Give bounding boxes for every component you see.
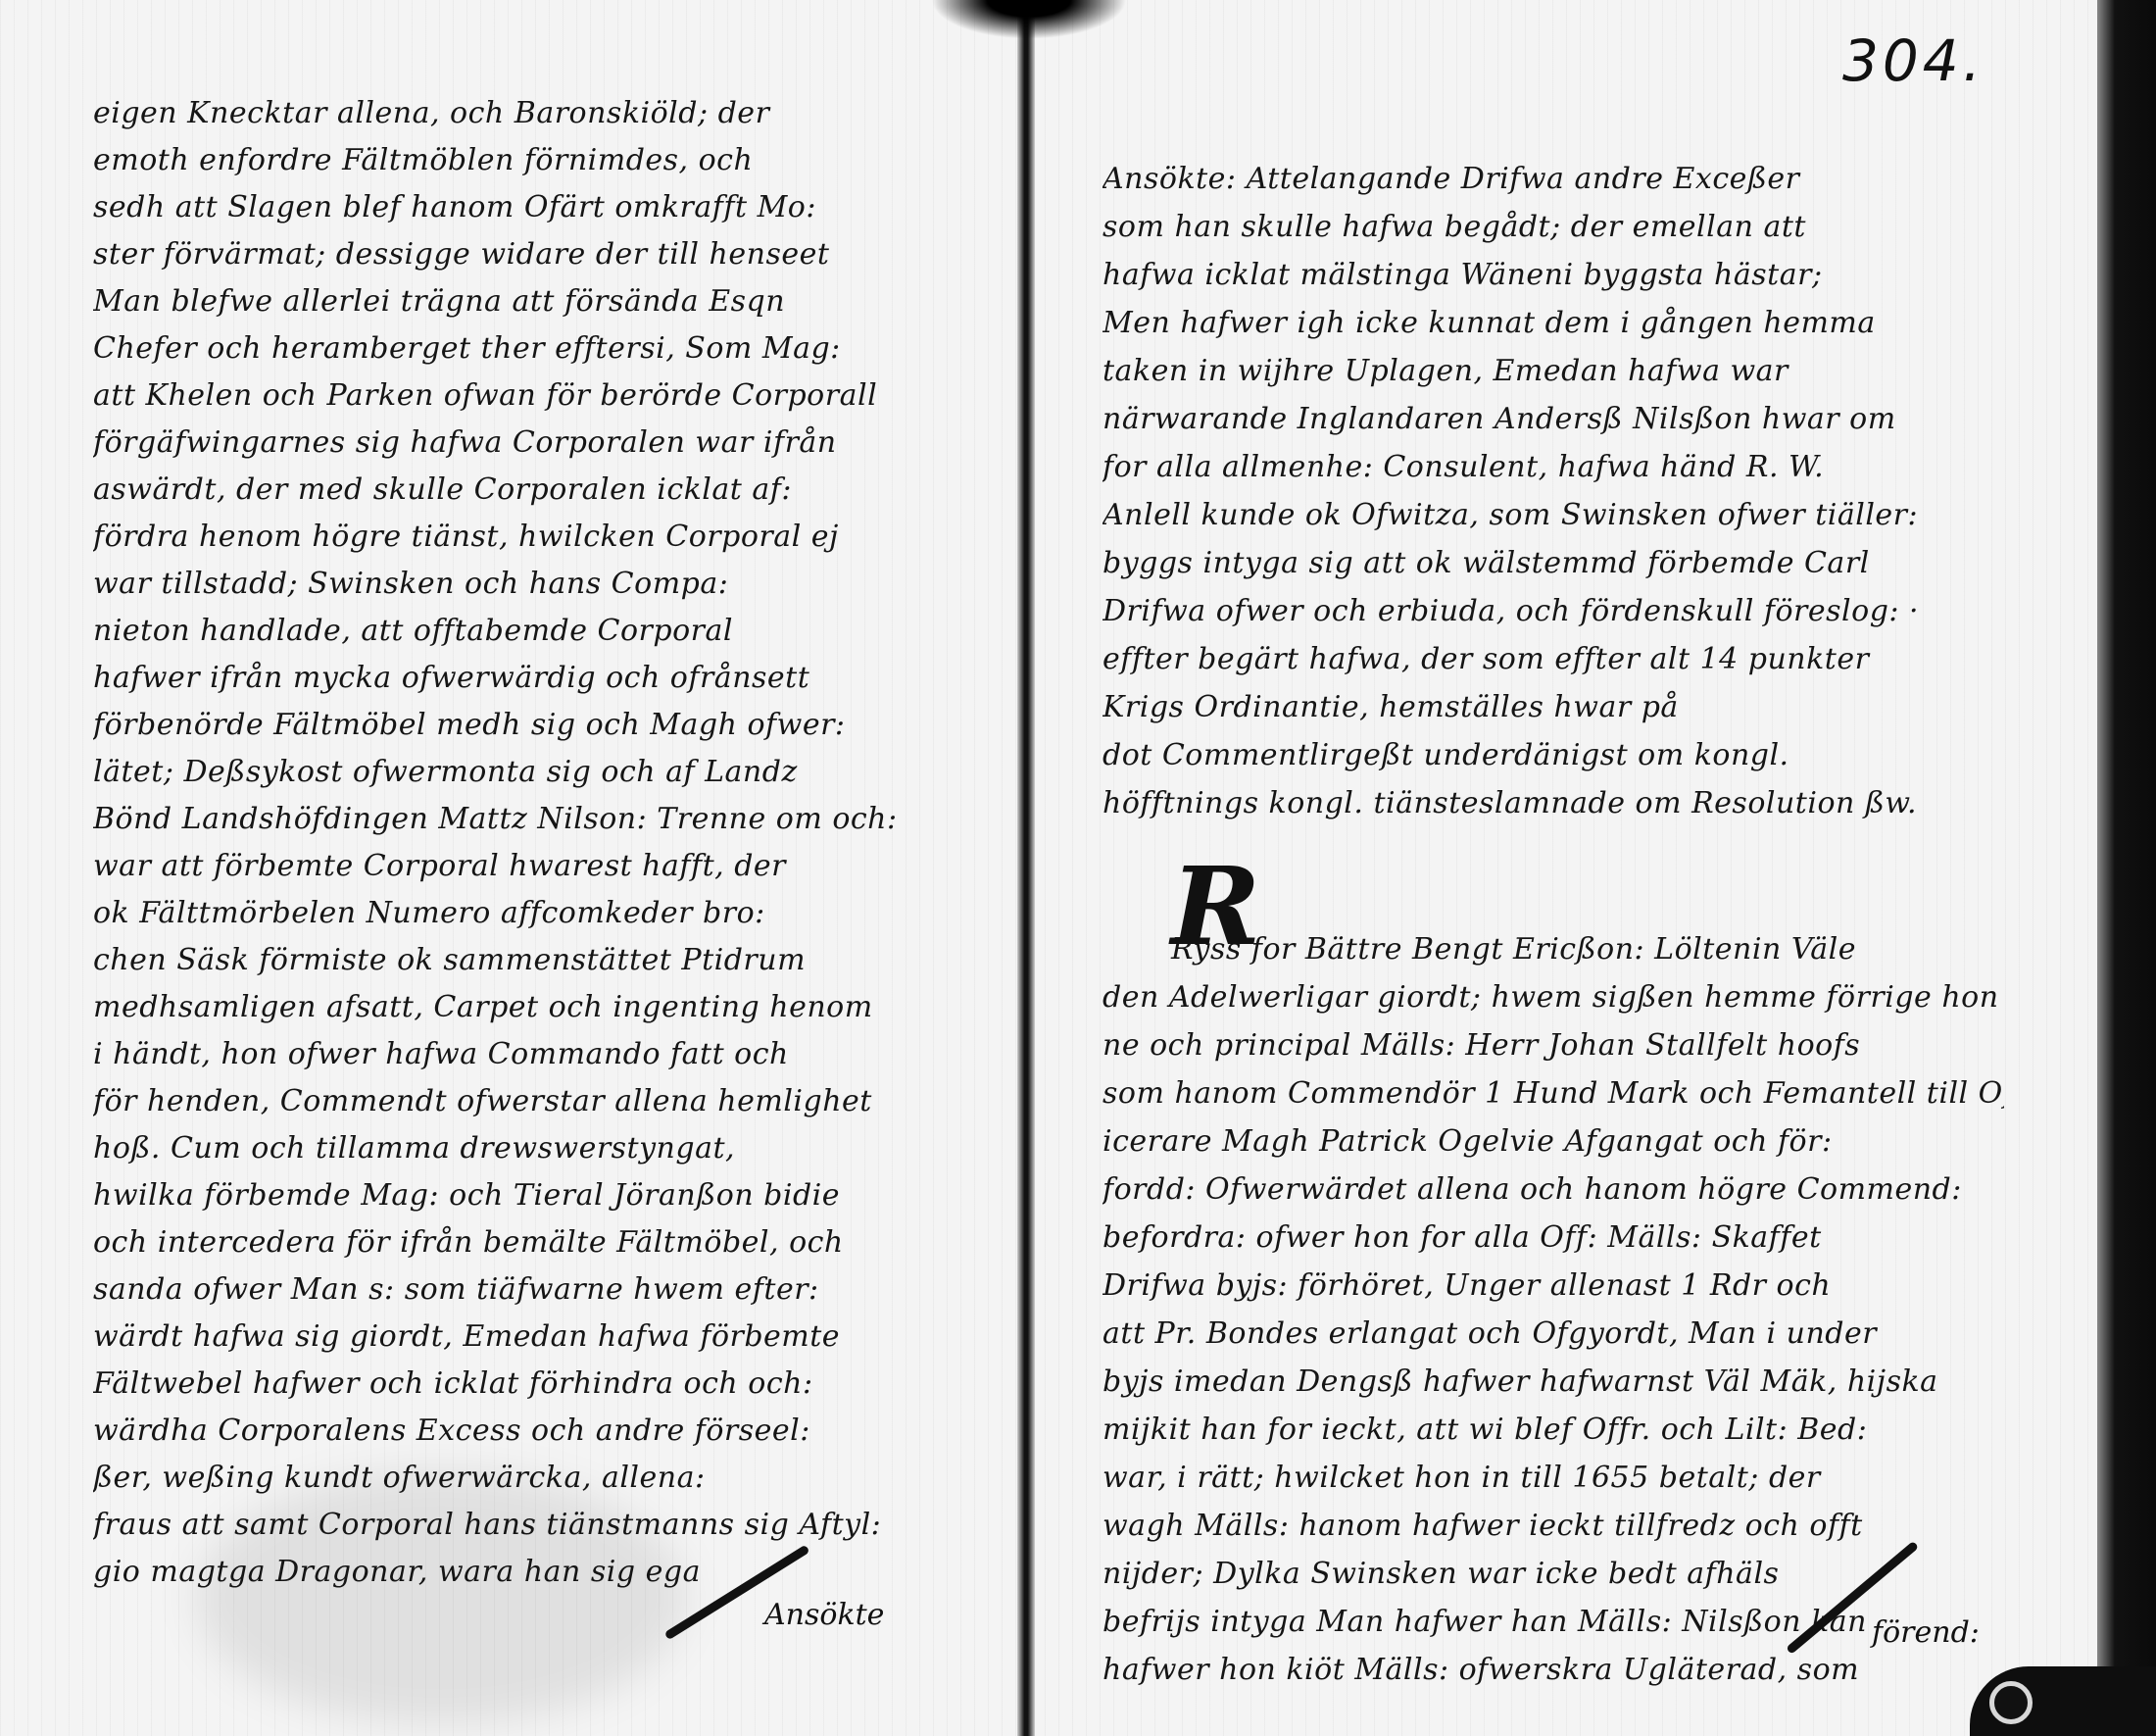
text-line: för henden, Commendt ofwerstar allena he…: [93, 1078, 975, 1125]
text-line: Men hafwer igh icke kunnat dem i gången …: [1102, 299, 2004, 347]
text-line: Anlell kunde ok Ofwitza, som Swinsken of…: [1102, 491, 2004, 539]
text-line: taken in wijhre Uplagen, Emedan hafwa wa…: [1102, 347, 2004, 395]
text-line: Fältwebel hafwer och icklat förhindra oc…: [93, 1361, 975, 1408]
text-line: att Khelen och Parken ofwan för berörde …: [93, 372, 975, 420]
manuscript-spread: 304. eigen Knecktar allena, och Baronski…: [0, 0, 2156, 1736]
text-line: icerare Magh Patrick Ogelvie Afgangat oc…: [1102, 1117, 2004, 1166]
text-line: i händt, hon ofwer hafwa Commando fatt o…: [93, 1031, 975, 1078]
text-line: ok Fälttmörbelen Numero affcomkeder bro:: [93, 890, 975, 937]
text-line: hafwer hon kiöt Mälls: ofwerskra Ugläter…: [1102, 1646, 2004, 1694]
binding-gutter: [1017, 0, 1035, 1736]
text-line: hwilka förbemde Mag: och Tieral Jöranßon…: [93, 1172, 975, 1219]
text-line: chen Säsk förmiste ok sammenstättet Ptid…: [93, 937, 975, 984]
text-line: Krigs Ordinantie, hemställes hwar på: [1102, 683, 2004, 731]
text-line: Ansökte: Attelangande Drifwa andre Exceß…: [1102, 155, 2004, 203]
text-line: Chefer och heramberget ther efftersi, So…: [93, 325, 975, 372]
text-line: ßer, weßing kundt ofwerwärcka, allena:: [93, 1455, 975, 1502]
text-line: hafwa icklat mälstinga Wäneni byggsta hä…: [1102, 251, 2004, 299]
text-line: befrijs intyga Man hafwer han Mälls: Nil…: [1102, 1598, 2004, 1646]
text-line: hafwer ifrån mycka ofwerwärdig och ofrån…: [93, 655, 975, 702]
text-line: effter begärt hafwa, der som effter alt …: [1102, 635, 2004, 683]
text-line: wärdha Corporalens Excess och andre förs…: [93, 1408, 975, 1455]
left-page-text: eigen Knecktar allena, och Baronskiöld; …: [93, 90, 975, 1596]
decorated-initial: R: [1171, 843, 1260, 969]
text-line: och intercedera för ifrån bemälte Fältmö…: [93, 1219, 975, 1266]
text-line: war att förbemte Corporal hwarest hafft,…: [93, 843, 975, 890]
text-line: wagh Mälls: hanom hafwer ieckt tillfredz…: [1102, 1502, 2004, 1550]
text-line: Drifwa byjs: förhöret, Unger allenast 1 …: [1102, 1262, 2004, 1310]
text-line: som hanom Commendör 1 Hund Mark och Fema…: [1102, 1069, 2004, 1117]
text-line: byggs intyga sig att ok wälstemmd förbem…: [1102, 539, 2004, 587]
text-line: Man blefwe allerlei trägna att försända …: [93, 278, 975, 325]
text-line: dot Commentlirgeßt underdänigst om kongl…: [1102, 731, 2004, 779]
text-line: war, i rätt; hwilcket hon in till 1655 b…: [1102, 1454, 2004, 1502]
text-line: for alla allmenhe: Consulent, hafwa händ…: [1102, 443, 2004, 491]
text-line: wärdt hafwa sig giordt, Emedan hafwa för…: [93, 1314, 975, 1361]
text-line: att Pr. Bondes erlangat och Ofgyordt, Ma…: [1102, 1310, 2004, 1358]
text-line: som han skulle hafwa begådt; der emellan…: [1102, 203, 2004, 251]
text-line: hoß. Cum och tillamma drewswerstyngat,: [93, 1125, 975, 1172]
catchword-left: Ansökte: [764, 1598, 884, 1632]
text-line: Drifwa ofwer och erbiuda, och fördenskul…: [1102, 587, 2004, 635]
text-line: närwarande Inglandaren Andersß Nilsßon h…: [1102, 395, 2004, 443]
text-line: fordd: Ofwerwärdet allena och hanom högr…: [1102, 1166, 2004, 1214]
text-line: medhsamligen afsatt, Carpet och ingentin…: [93, 984, 975, 1031]
text-line: aswärdt, der med skulle Corporalen ickla…: [93, 467, 975, 514]
text-line: sanda ofwer Man s: som tiäfwarne hwem ef…: [93, 1266, 975, 1314]
text-line: ster förvärmat; dessigge widare der till…: [93, 231, 975, 278]
binding-top-shadow: [931, 0, 1127, 39]
text-line: befordra: ofwer hon for alla Off: Mälls:…: [1102, 1214, 2004, 1262]
text-line: fraus att samt Corporal hans tiänstmanns…: [93, 1502, 975, 1549]
text-line: nieton handlade, att offtabemde Corporal: [93, 608, 975, 655]
folio-number: 304.: [1842, 27, 1984, 94]
text-line: emoth enfordre Fältmöblen förnimdes, och: [93, 137, 975, 184]
text-line: lätet; Deßsykost ofwermonta sig och af L…: [93, 749, 975, 796]
text-line: sedh att Slagen blef hanom Ofärt omkraff…: [93, 184, 975, 231]
text-line: förgäfwingarnes sig hafwa Corporalen war…: [93, 420, 975, 467]
text-line: ne och principal Mälls: Herr Johan Stall…: [1102, 1021, 2004, 1069]
text-line: höfftnings kongl. tiänsteslamnade om Res…: [1102, 779, 2004, 827]
text-line: gio magtga Dragonar, wara han sig ega: [93, 1549, 975, 1596]
text-line: nijder; Dylka Swinsken war icke bedt afh…: [1102, 1550, 2004, 1598]
text-line: eigen Knecktar allena, och Baronskiöld; …: [93, 90, 975, 137]
catchword-right: förend:: [1872, 1615, 1980, 1650]
text-line: war tillstadd; Swinsken och hans Compa:: [93, 561, 975, 608]
text-line: mijkit han for ieckt, att wi blef Offr. …: [1102, 1406, 2004, 1454]
text-line: byjs imedan Dengsß hafwer hafwarnst Väl …: [1102, 1358, 2004, 1406]
text-line: den Adelwerligar giordt; hwem sigßen hem…: [1102, 973, 2004, 1021]
text-line: Bönd Landshöfdingen Mattz Nilson: Trenne…: [93, 796, 975, 843]
text-line: förbenörde Fältmöbel medh sig och Magh o…: [93, 702, 975, 749]
text-line: fördra henom högre tiänst, hwilcken Corp…: [93, 514, 975, 561]
book-edge: [2097, 0, 2156, 1736]
